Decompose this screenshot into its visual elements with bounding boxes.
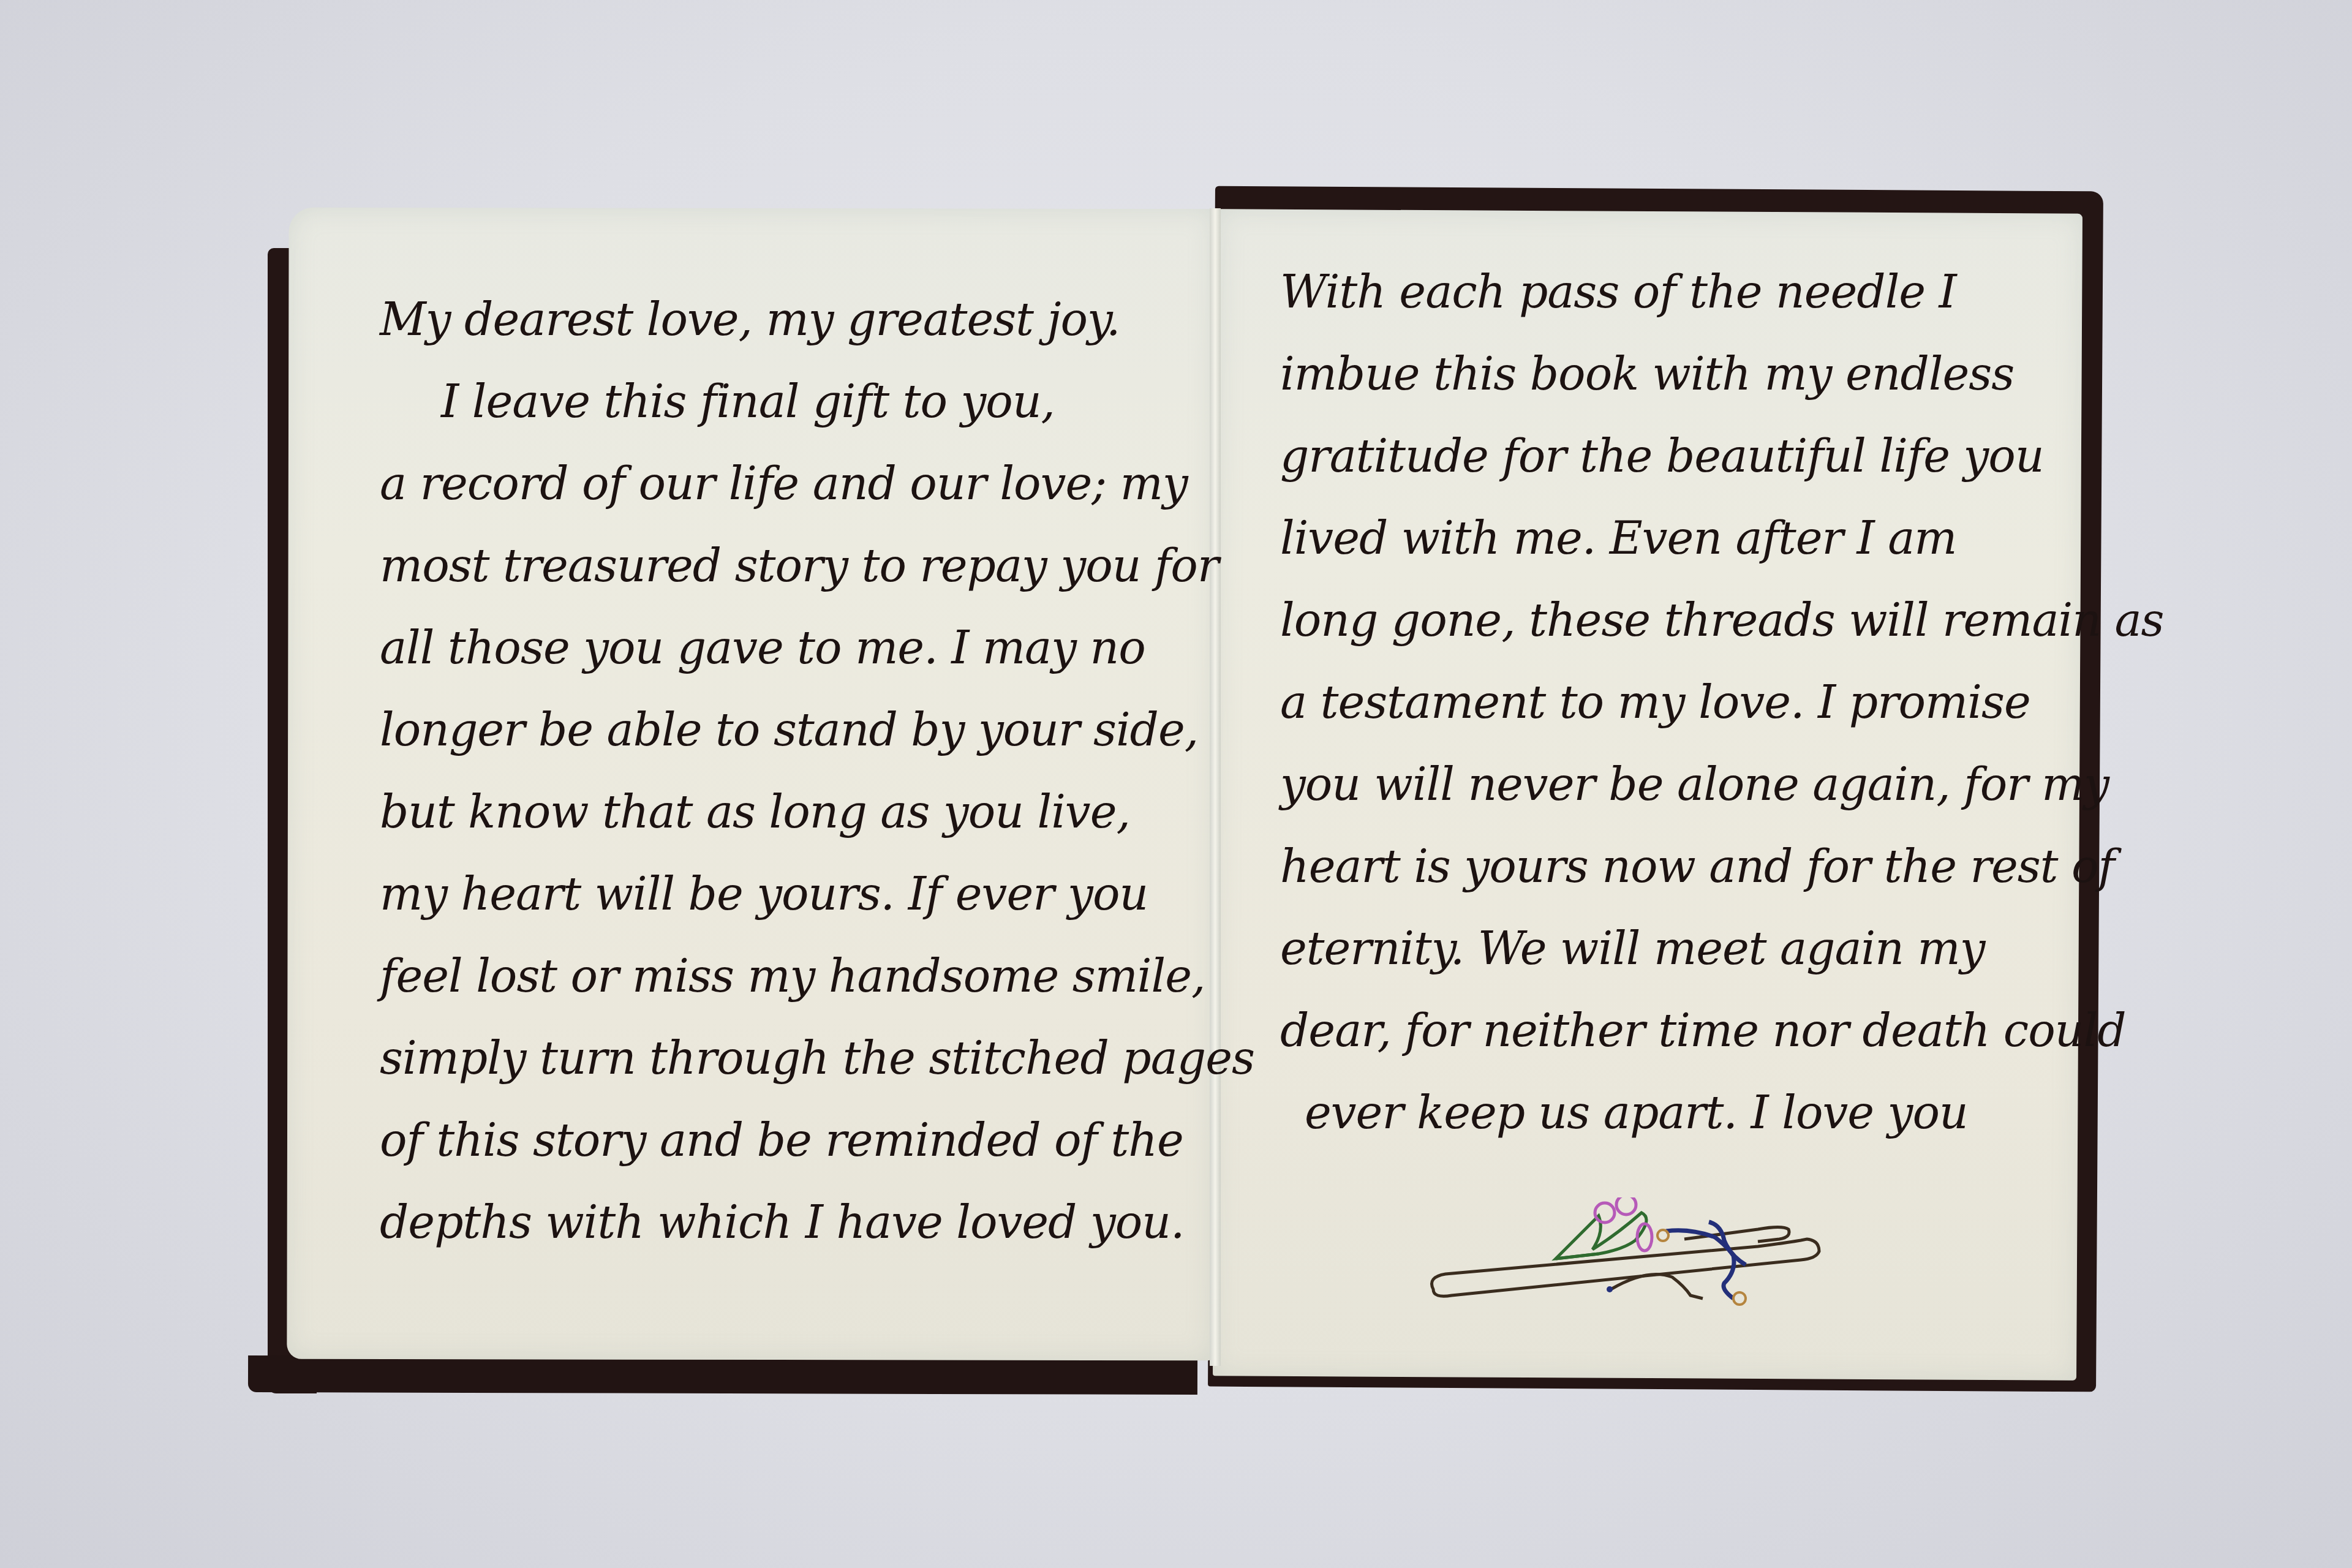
text-line: simply turn through the stitched pages: [380, 1017, 1254, 1099]
text-line: but know that as long as you live,: [380, 771, 1254, 853]
text-line: imbue this book with my endless: [1280, 333, 2163, 415]
text-line: a testament to my love. I promise: [1280, 661, 2163, 744]
text-line: heart is yours now and for the rest of: [1280, 826, 2163, 908]
text-line: longer be able to stand by your side,: [380, 689, 1254, 771]
text-line: feel lost or miss my handsome smile,: [380, 935, 1254, 1017]
text-line: of this story and be reminded of the: [380, 1099, 1254, 1182]
scroll-flowers-embroidery-icon: [1415, 1197, 1905, 1320]
text-line: long gone, these threads will remain as: [1280, 579, 2163, 661]
text-line: I leave this final gift to you,: [380, 361, 1254, 443]
text-line: most treasured story to repay you for: [380, 525, 1254, 607]
left-page-text: My dearest love, my greatest joy. I leav…: [380, 279, 1254, 1264]
text-line: you will never be alone again, for my: [1280, 744, 2163, 826]
text-line: a record of our life and our love; my: [380, 443, 1254, 525]
text-line: depths with which I have loved you.: [380, 1182, 1254, 1264]
text-line: My dearest love, my greatest joy.: [380, 279, 1254, 361]
fabric-book: My dearest love, my greatest joy. I leav…: [0, 0, 2352, 1568]
text-line: dear, for neither time nor death could: [1280, 990, 2163, 1072]
book-cover-bottom-edge: [248, 1355, 1197, 1395]
text-line: my heart will be yours. If ever you: [380, 853, 1254, 935]
text-line: gratitude for the beautiful life you: [1280, 415, 2163, 497]
text-line: lived with me. Even after I am: [1280, 497, 2163, 579]
text-line: With each pass of the needle I: [1280, 251, 2163, 333]
text-line: eternity. We will meet again my: [1280, 908, 2163, 990]
right-page-text: With each pass of the needle I imbue thi…: [1280, 251, 2163, 1154]
text-line: all those you gave to me. I may no: [380, 607, 1254, 689]
text-line: ever keep us apart. I love you: [1280, 1072, 2163, 1154]
